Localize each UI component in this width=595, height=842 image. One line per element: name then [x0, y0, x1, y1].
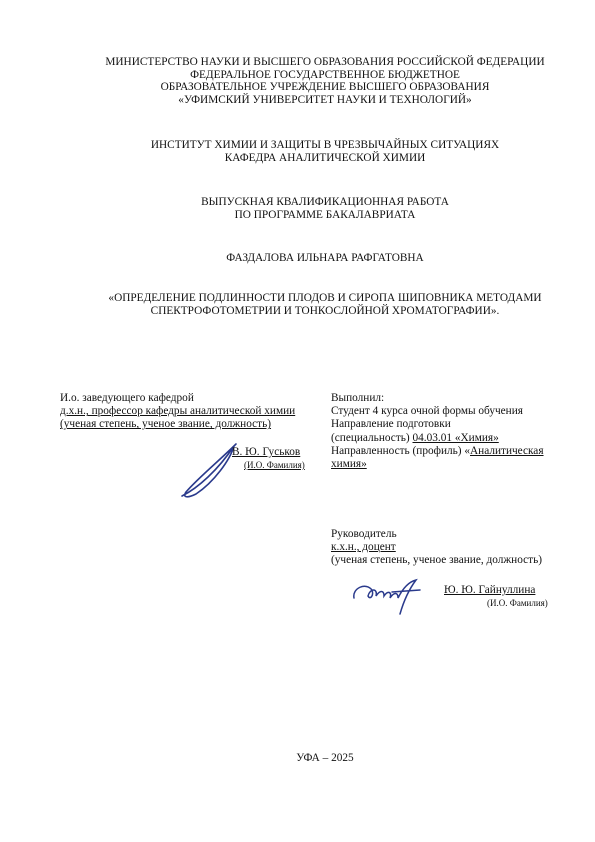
head-role: И.о. заведующего кафедрой — [60, 392, 295, 405]
head-position-hint: (ученая степень, ученое звание, должност… — [60, 418, 295, 431]
ministry-header: МИНИСТЕРСТВО НАУКИ И ВЫСШЕГО ОБРАЗОВАНИЯ… — [0, 56, 595, 106]
header-line: ОБРАЗОВАТЕЛЬНОЕ УЧРЕЖДЕНИЕ ВЫСШЕГО ОБРАЗ… — [0, 81, 595, 94]
department-line: КАФЕДРА АНАЛИТИЧЕСКОЙ ХИМИИ — [0, 152, 595, 165]
supervisor-position: к.х.н., доцент — [331, 541, 542, 554]
supervisor-label: Руководитель — [331, 528, 542, 541]
supervisor-block: Руководитель к.х.н., доцент (ученая степ… — [331, 528, 542, 568]
author-text: ФАЗДАЛОВА ИЛЬНАРА РАФГАТОВНА — [0, 252, 595, 265]
supervisor-name: Ю. Ю. Гайнуллина — [444, 584, 535, 597]
institute-line: ИНСТИТУТ ХИМИИ И ЗАЩИТЫ В ЧРЕЗВЫЧАЙНЫХ С… — [0, 139, 595, 152]
header-line: ФЕДЕРАЛЬНОЕ ГОСУДАРСТВЕННОЕ БЮДЖЕТНОЕ — [0, 69, 595, 82]
head-of-department-block: И.о. заведующего кафедрой д.х.н., профес… — [60, 392, 295, 432]
work-type-block: ВЫПУСКНАЯ КВАЛИФИКАЦИОННАЯ РАБОТА ПО ПРО… — [0, 196, 595, 221]
performer-specialty: (специальность) 04.03.01 «Химия» — [331, 432, 544, 445]
title-line: «ОПРЕДЕЛЕНИЕ ПОДЛИННОСТИ ПЛОДОВ И СИРОПА… — [0, 292, 595, 305]
footer-text: УФА – 2025 — [0, 752, 595, 765]
thesis-title: «ОПРЕДЕЛЕНИЕ ПОДЛИННОСТИ ПЛОДОВ И СИРОПА… — [0, 292, 595, 317]
profile-value-cont: химия» — [331, 458, 544, 471]
head-name-hint-text: (И.О. Фамилия) — [244, 460, 305, 471]
specialty-value: 04.03.01 «Химия» — [413, 432, 499, 444]
header-line: МИНИСТЕРСТВО НАУКИ И ВЫСШЕГО ОБРАЗОВАНИЯ… — [0, 56, 595, 69]
title-line: СПЕКТРОФОТОМЕТРИИ И ТОНКОСЛОЙНОЙ ХРОМАТО… — [0, 305, 595, 318]
performer-student: Студент 4 курса очной формы обучения — [331, 405, 544, 418]
performer-label: Выполнил: — [331, 392, 544, 405]
head-name: В. Ю. Гуськов — [232, 446, 300, 459]
header-line: «УФИМСКИЙ УНИВЕРСИТЕТ НАУКИ И ТЕХНОЛОГИЙ… — [0, 94, 595, 107]
performer-profile: Направленность (профиль) «Аналитическая — [331, 445, 544, 458]
head-position: д.х.н., профессор кафедры аналитической … — [60, 405, 295, 418]
supervisor-signature — [350, 578, 430, 618]
supervisor-name-hint: (И.О. Фамилия) — [487, 598, 548, 609]
performer-direction-label: Направление подготовки — [331, 418, 544, 431]
work-type-line: ВЫПУСКНАЯ КВАЛИФИКАЦИОННАЯ РАБОТА — [0, 196, 595, 209]
author-name: ФАЗДАЛОВА ИЛЬНАРА РАФГАТОВНА — [0, 252, 595, 265]
profile-prefix: Направленность (профиль) « — [331, 445, 470, 457]
footer-city-year: УФА – 2025 — [0, 752, 595, 765]
head-name-block: В. Ю. Гуськов — [232, 446, 300, 459]
supervisor-name-block: Ю. Ю. Гайнуллина — [444, 584, 535, 597]
supervisor-name-hint-text: (И.О. Фамилия) — [487, 598, 548, 609]
performer-block: Выполнил: Студент 4 курса очной формы об… — [331, 392, 544, 471]
supervisor-position-hint: (ученая степень, ученое звание, должност… — [331, 554, 542, 567]
specialty-prefix: (специальность) — [331, 432, 410, 444]
head-name-hint: (И.О. Фамилия) — [244, 460, 305, 471]
profile-value: Аналитическая — [470, 445, 544, 457]
institute-block: ИНСТИТУТ ХИМИИ И ЗАЩИТЫ В ЧРЕЗВЫЧАЙНЫХ С… — [0, 139, 595, 164]
program-line: ПО ПРОГРАММЕ БАКАЛАВРИАТА — [0, 209, 595, 222]
